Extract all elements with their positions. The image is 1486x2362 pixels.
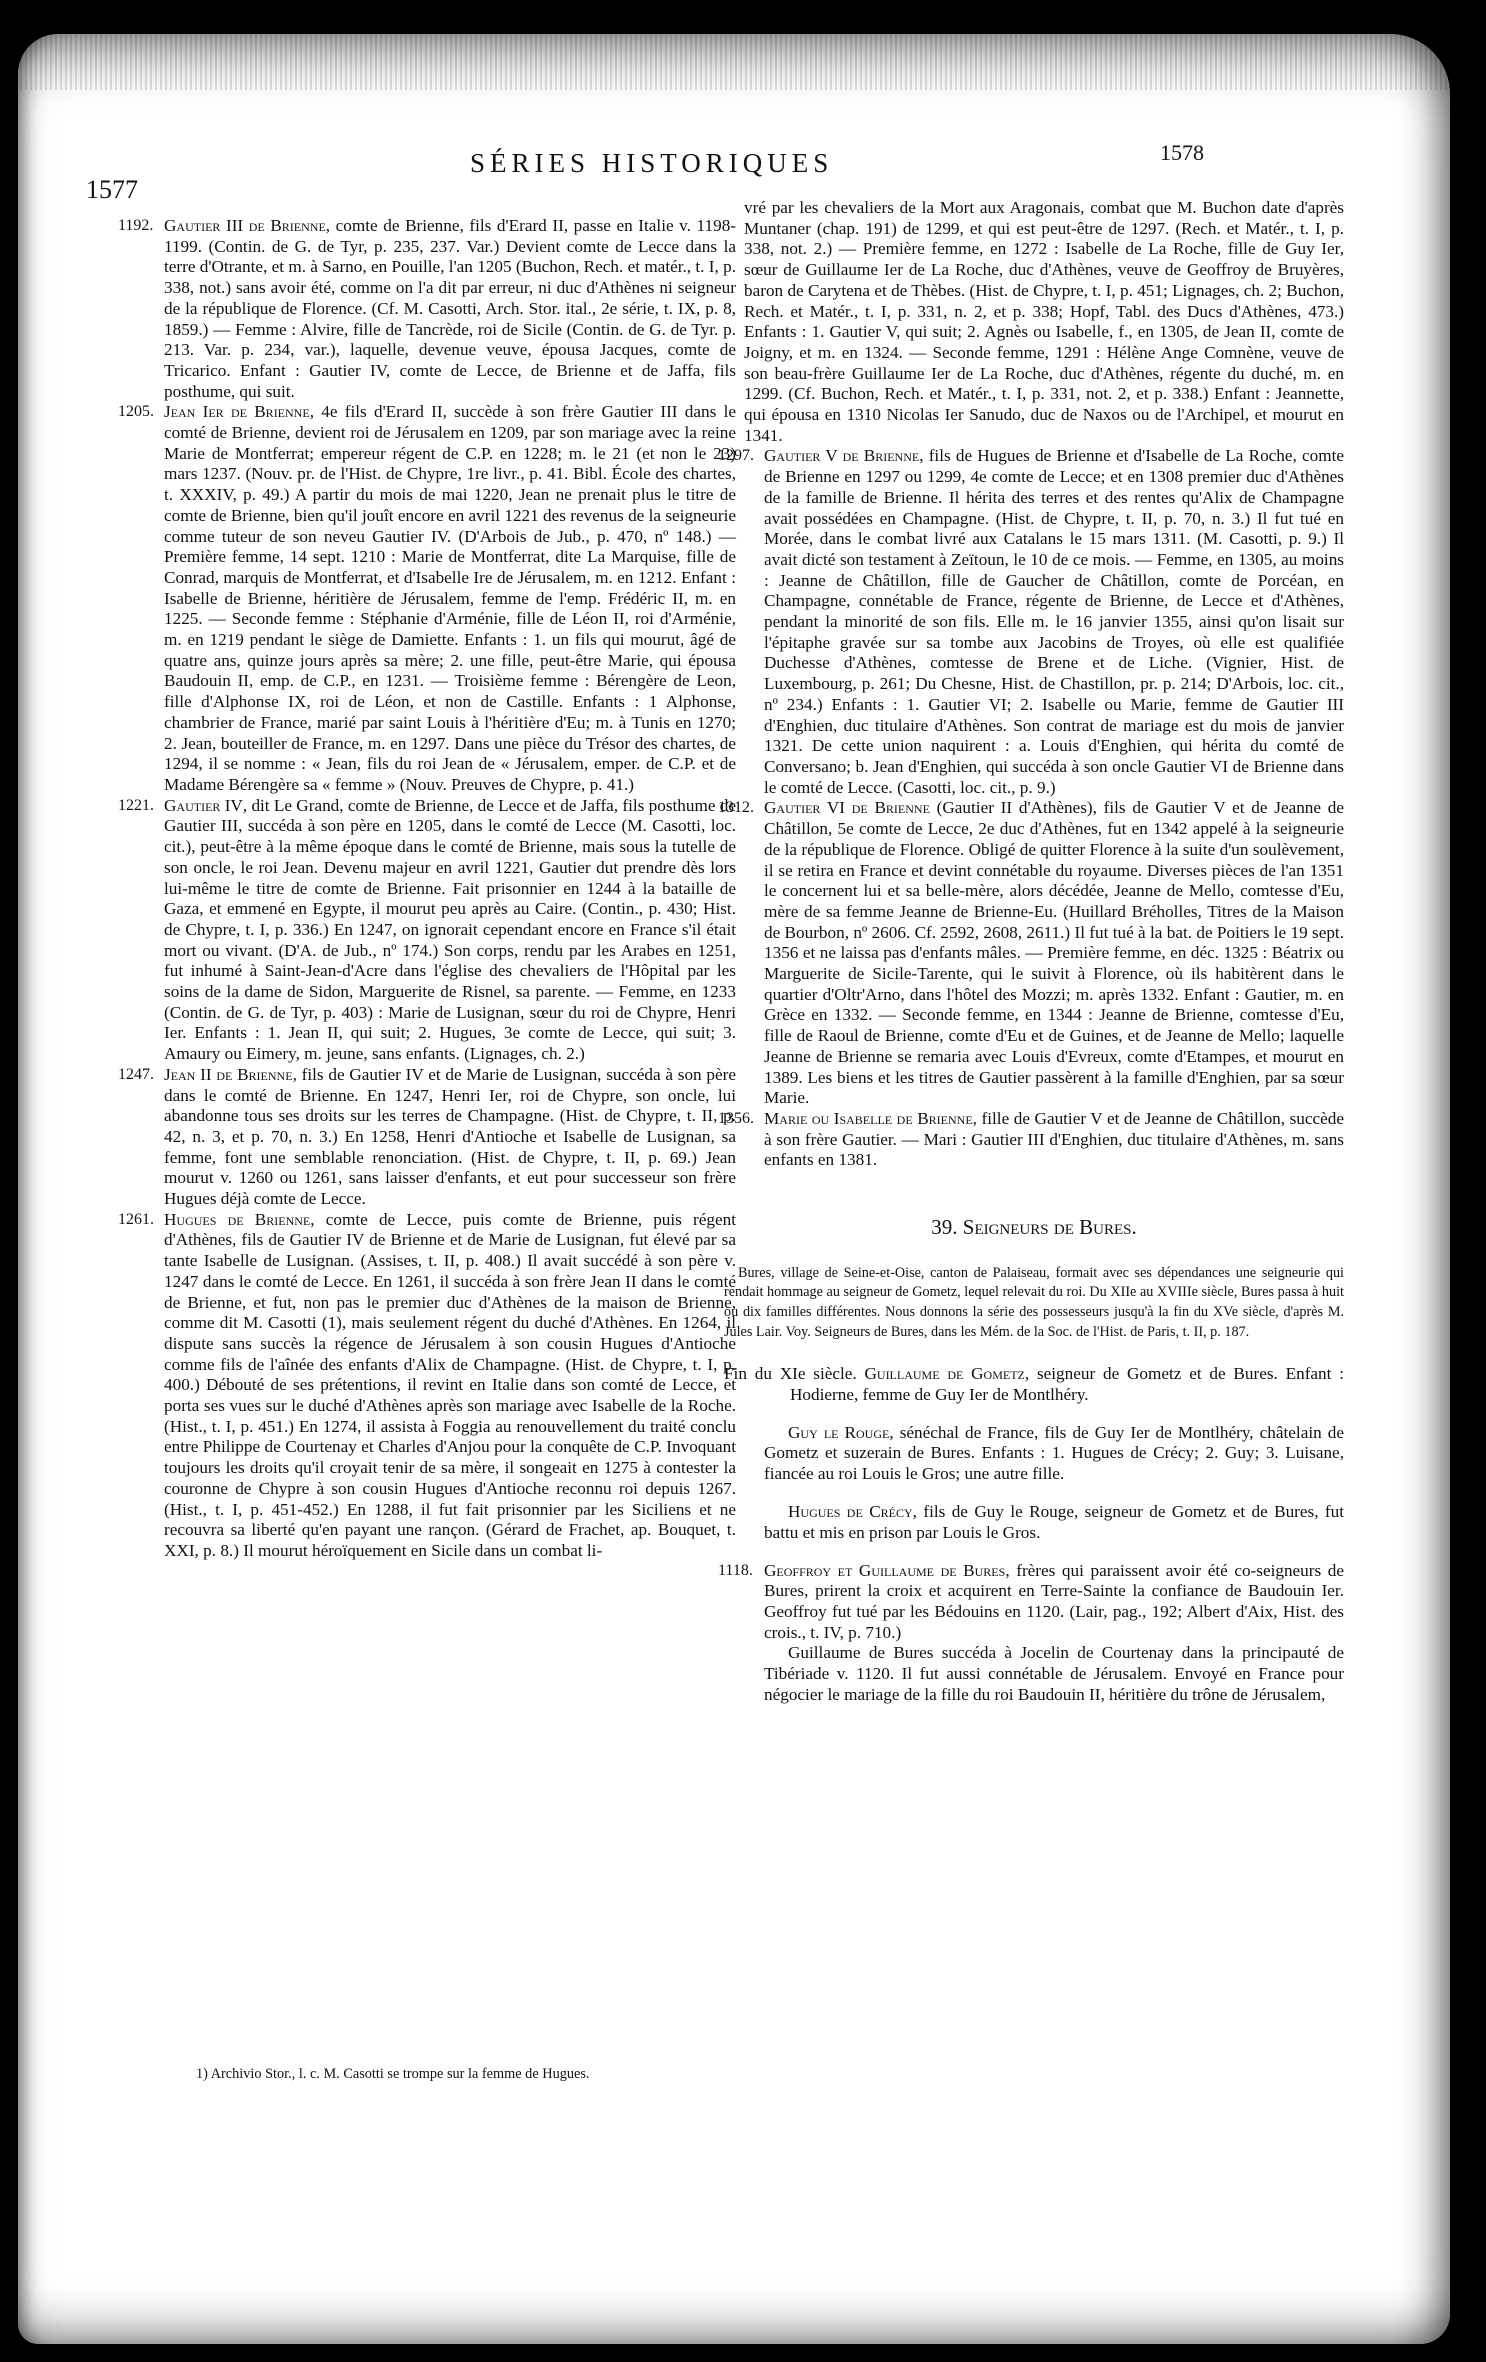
entry-text: , fils de Hugues de Brienne et d'Isabell… [764, 446, 1344, 796]
entry-name: Jean Ier de Brienne [164, 402, 310, 421]
entry-year: Fin du XIe siècle. [724, 1364, 857, 1383]
paragraph-guillaume-de-bures: Guillaume de Bures succéda à Jocelin de … [724, 1643, 1344, 1705]
continuation-text: vré par les chevaliers de la Mort aux Ar… [744, 198, 1344, 445]
entry-1221: 1221.Gautier IV, dit Le Grand, comte de … [124, 796, 736, 1065]
left-column: 1192.Gautier III de Brienne, comte de Br… [124, 216, 736, 1562]
entry-name: Gautier IV [164, 796, 243, 815]
entry-year: 1118. [718, 1561, 753, 1582]
entry-1118: 1118.Geoffroy et Guillaume de Bures, frè… [724, 1561, 1344, 1644]
footnote: 1) Archivio Stor., l. c. M. Casotti se t… [196, 2066, 590, 2083]
entry-name: Hugues de Crécy [788, 1502, 913, 1521]
entry-1261: 1261.Hugues de Brienne, comte de Lecce, … [124, 1210, 736, 1562]
entry-hugues-de-crecy: Hugues de Crécy, fils de Guy le Rouge, s… [724, 1502, 1344, 1543]
entry-name: Gautier III de Brienne [164, 216, 326, 235]
entry-year: 1221. [118, 796, 154, 817]
entry-1297: 1297.Gautier V de Brienne, fils de Hugue… [724, 446, 1344, 798]
entry-text: , comte de Brienne, fils d'Erard II, pas… [164, 216, 736, 401]
entry-name: Geoffroy et Guillaume de Bures [764, 1561, 1005, 1580]
entry-name: Hugues de Brienne [164, 1210, 310, 1229]
page-number-left: 1577 [86, 175, 138, 205]
right-column: vré par les chevaliers de la Mort aux Ar… [724, 198, 1344, 1723]
continuation-paragraph: vré par les chevaliers de la Mort aux Ar… [724, 198, 1344, 446]
entry-text: (Gautier II d'Athènes), fils de Gautier … [764, 798, 1344, 1107]
entry-text: , 4e fils d'Erard II, succède à son frèr… [164, 402, 736, 794]
entry-guy-le-rouge: Guy le Rouge, sénéchal de France, fils d… [724, 1423, 1344, 1485]
entry-1192: 1192.Gautier III de Brienne, comte de Br… [124, 216, 736, 402]
running-head: SÉRIES HISTORIQUES [470, 148, 833, 179]
entry-year: 1312. [718, 798, 754, 819]
entry-text: Guillaume de Bures succéda à Jocelin de … [764, 1643, 1344, 1703]
entry-name: Gautier V de Brienne [764, 446, 919, 465]
section-heading: 39. Seigneurs de Bures. [724, 1217, 1344, 1238]
entry-year: 1247. [118, 1065, 154, 1086]
entry-year: 1205. [118, 402, 154, 423]
entry-year: 1192. [118, 216, 153, 237]
entry-name: Guy le Rouge [788, 1423, 889, 1442]
entry-name: Jean II de Brienne [164, 1065, 293, 1084]
entry-name: Gautier VI de Brienne [764, 798, 930, 817]
entry-fin-xie: Fin du XIe siècle. Guillaume de Gometz, … [724, 1364, 1344, 1405]
entry-text: , dit Le Grand, comte de Brienne, de Lec… [164, 796, 736, 1063]
entry-1356: 1356.Marie ou Isabelle de Brienne, fille… [724, 1109, 1344, 1171]
entry-name: Marie ou Isabelle de Brienne [764, 1109, 973, 1128]
page-number-right: 1578 [1160, 140, 1204, 166]
entry-1247: 1247.Jean II de Brienne, fils de Gautier… [124, 1065, 736, 1210]
entry-name: Guillaume de Gometz [864, 1364, 1024, 1383]
entry-1205: 1205.Jean Ier de Brienne, 4e fils d'Erar… [124, 402, 736, 795]
entry-year: 1261. [118, 1210, 154, 1231]
section-intro: Bures, village de Seine-et-Oise, canton … [724, 1264, 1344, 1342]
entry-text: , comte de Lecce, puis comte de Brienne,… [164, 1210, 736, 1560]
entry-1312: 1312.Gautier VI de Brienne (Gautier II d… [724, 798, 1344, 1109]
entry-year: 1356. [718, 1109, 754, 1130]
entry-year: 1297. [718, 446, 754, 467]
entry-text: , fils de Gautier IV et de Marie de Lusi… [164, 1065, 736, 1208]
